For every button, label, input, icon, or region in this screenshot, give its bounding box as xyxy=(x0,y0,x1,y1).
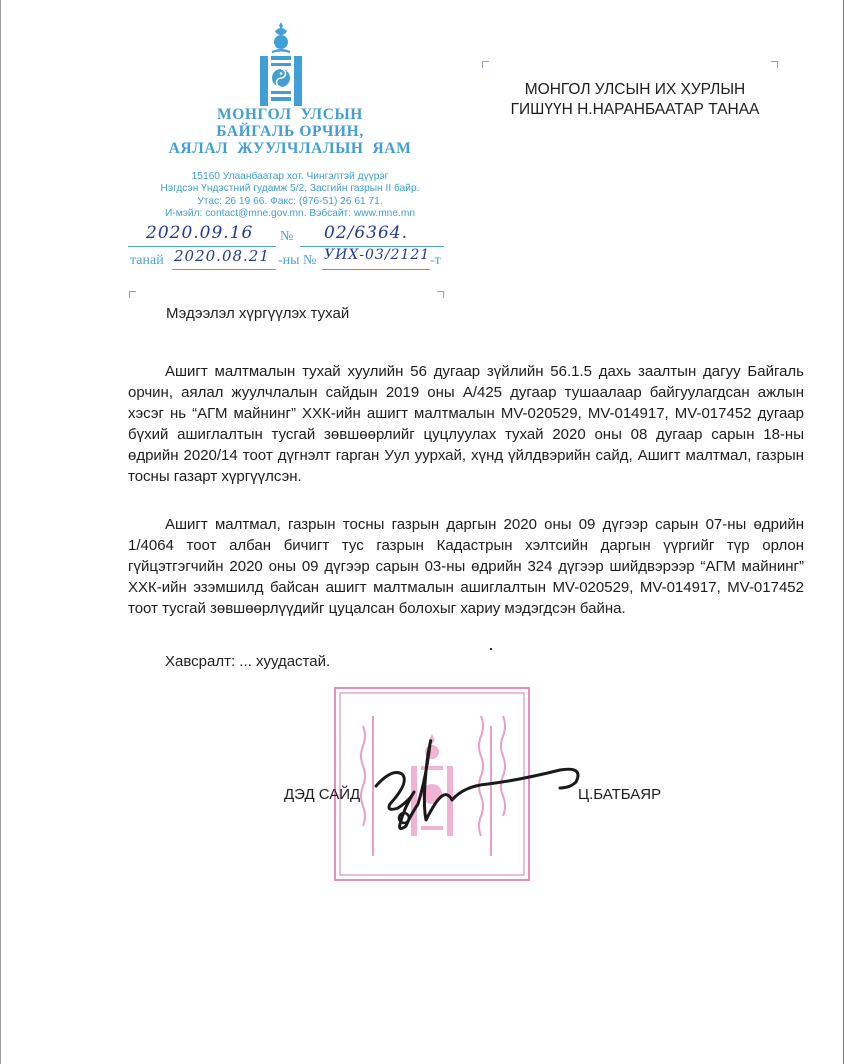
ministry-name-line-3: АЯЛАЛ ЖУУЛЧЛАЛЫН ЯАМ xyxy=(130,140,450,157)
stray-mark xyxy=(490,648,492,650)
addressee-corner-mark-left xyxy=(482,61,489,68)
incoming-number-label: -ны № xyxy=(278,253,316,269)
body-paragraph-1-text: Ашигт малтмалын тухай хуулийн 56 дугаар … xyxy=(128,361,804,487)
number-label: № xyxy=(280,229,293,245)
letter-subject: Мэдээлэл хүргүүлэх тухай xyxy=(166,305,349,322)
scan-right-edge xyxy=(843,0,844,1064)
signatory-name: Ц.БАТБАЯР xyxy=(578,786,661,803)
subject-corner-mark-right xyxy=(437,291,444,298)
attachment-note: Хавсралт: ... хуудастай. xyxy=(165,653,330,670)
scan-left-edge xyxy=(0,0,1,1064)
ministry-name-line-2: БАЙГАЛЬ ОРЧИН, xyxy=(130,123,450,140)
outgoing-date: 2020.09.16 xyxy=(146,223,253,243)
outgoing-number: 02/6364. xyxy=(324,223,408,243)
contact-street: Нэгдсэн Үндэстний гудамж 5/2, Засгийн га… xyxy=(130,183,450,195)
body-paragraph-1: Ашигт малтмалын тухай хуулийн 56 дугаар … xyxy=(128,361,804,487)
addressee-corner-mark-right xyxy=(771,61,778,68)
ministry-name: МОНГОЛ УЛСЫН БАЙГАЛЬ ОРЧИН, АЯЛАЛ ЖУУЛЧЛ… xyxy=(130,106,450,157)
handwritten-signature-icon xyxy=(370,730,630,840)
incoming-date: 2020.08.21 xyxy=(174,247,270,265)
outgoing-reference-row: 2020.09.16 № 02/6364. xyxy=(128,223,444,247)
contact-phone: Утас: 26 19 66. Факс: (976-51) 26 61 71. xyxy=(130,196,450,208)
ministry-contact: 15160 Улаанбаатар хот. Чингэлтэй дүүрэг … xyxy=(130,171,450,221)
signatory-title: ДЭД САЙД xyxy=(284,786,360,803)
addressee-line-2: ГИШҮҮН Н.НАРАНБААТАР ТАНАА xyxy=(490,100,780,120)
subject-corner-mark-left xyxy=(129,291,136,298)
body-paragraph-2-text: Ашигт малтмал, газрын тосны газрын даргы… xyxy=(128,514,804,619)
soyombo-emblem-icon xyxy=(258,22,304,108)
incoming-reference-row: танай 2020.08.21 -ны № УИХ-03/2121 -т xyxy=(128,249,444,273)
addressee-line-1: МОНГОЛ УЛСЫН ИХ ХУРЛЫН xyxy=(490,80,780,100)
addressee-block: МОНГОЛ УЛСЫН ИХ ХУРЛЫН ГИШҮҮН Н.НАРАНБАА… xyxy=(490,80,780,120)
body-paragraph-2: Ашигт малтмал, газрын тосны газрын даргы… xyxy=(128,514,804,619)
contact-address: 15160 Улаанбаатар хот. Чингэлтэй дүүрэг xyxy=(130,171,450,183)
incoming-number-underline xyxy=(322,269,430,270)
ministry-name-line-1: МОНГОЛ УЛСЫН xyxy=(130,106,450,123)
incoming-number-suffix: -т xyxy=(430,253,441,269)
incoming-date-underline xyxy=(172,269,276,270)
incoming-number: УИХ-03/2121 xyxy=(324,247,430,263)
contact-email-web: И-мэйл: contact@mne.gov.mn. Вэбсайт: www… xyxy=(130,208,450,220)
your-label: танай xyxy=(130,253,164,269)
